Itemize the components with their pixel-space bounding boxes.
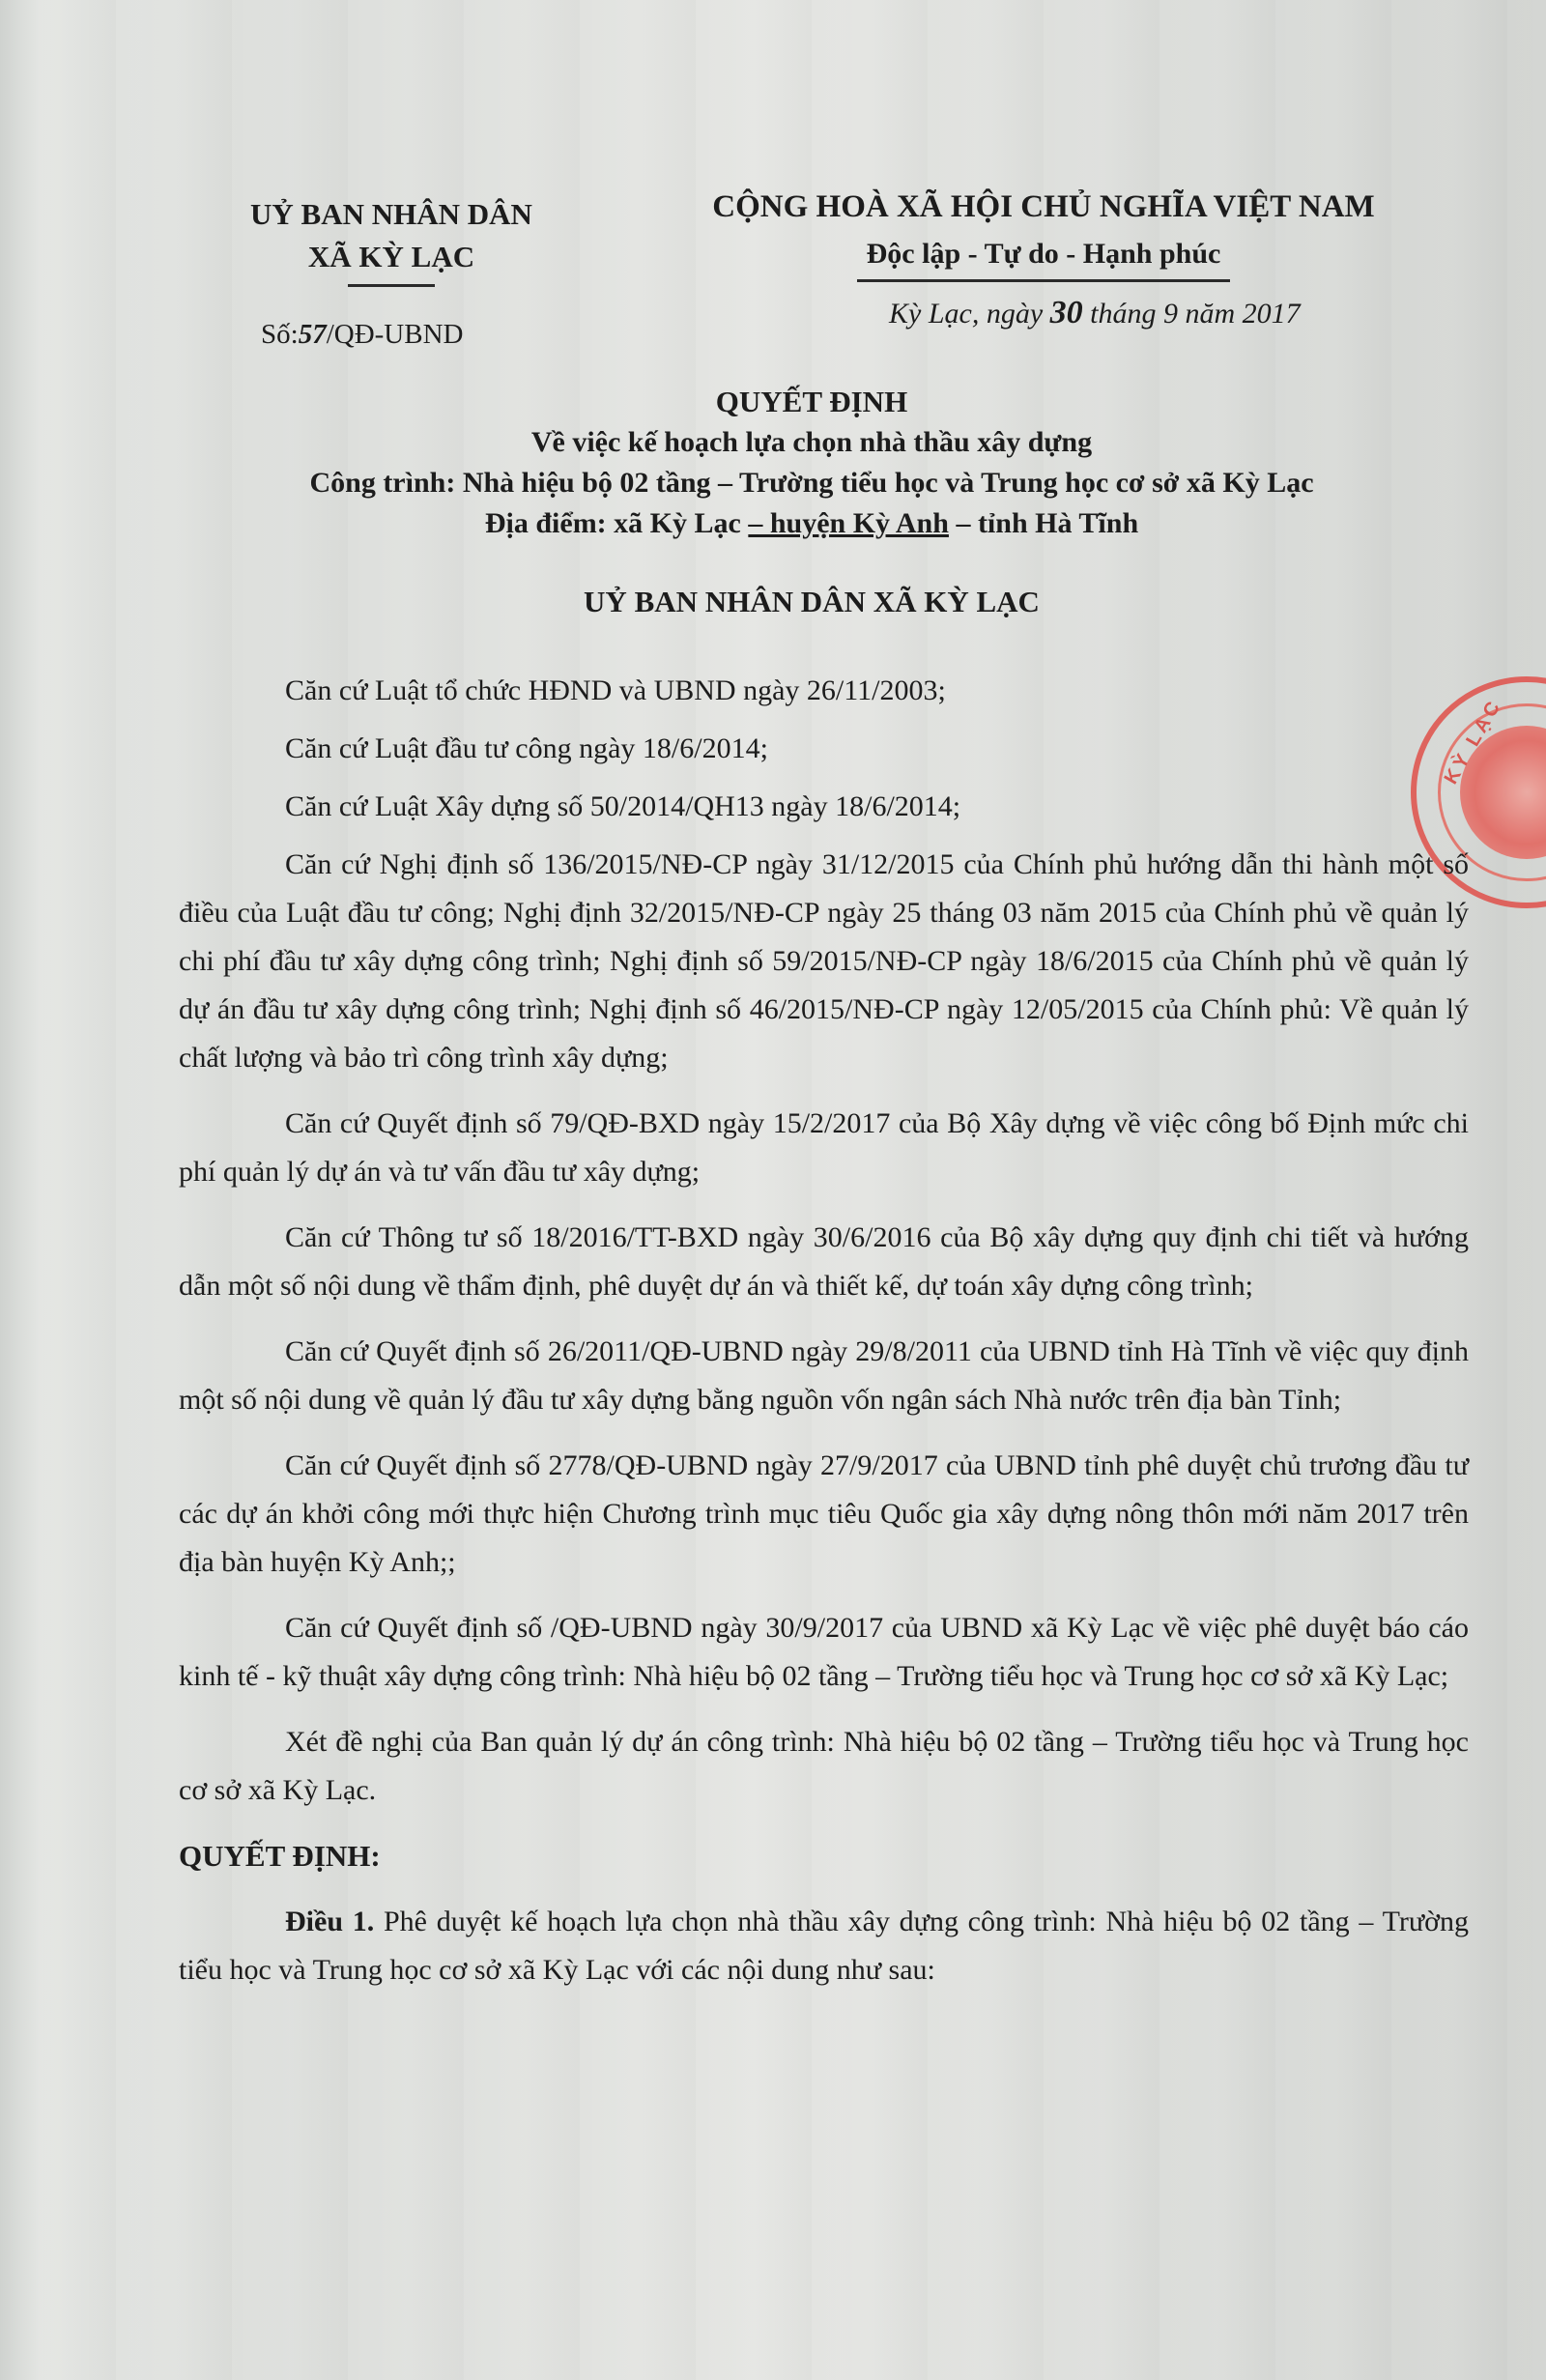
- legal-basis-5: Căn cứ Quyết định số 79/QĐ-BXD ngày 15/2…: [179, 1100, 1469, 1196]
- legal-basis-3: Căn cứ Luật Xây dựng số 50/2014/QH13 ngà…: [179, 783, 1469, 831]
- document-title-block: QUYẾT ĐỊNH Về việc kế hoạch lựa chọn nhà…: [174, 382, 1449, 544]
- decision-heading: QUYẾT ĐỊNH:: [179, 1832, 1469, 1880]
- document-body: Căn cứ Luật tổ chức HĐND và UBND ngày 26…: [179, 667, 1469, 2012]
- org-line-1: UỶ BAN NHÂN DÂN: [208, 193, 575, 236]
- date-day: 30: [1050, 295, 1083, 330]
- document-page: UỶ BAN NHÂN DÂN XÃ KỲ LẠC CỘNG HOÀ XÃ HỘ…: [0, 0, 1546, 2380]
- issuing-organization: UỶ BAN NHÂN DÂN XÃ KỲ LẠC: [208, 193, 575, 287]
- nation-name: CỘNG HOÀ XÃ HỘI CHỦ NGHĨA VIỆT NAM: [628, 184, 1459, 230]
- legal-basis-9: Căn cứ Quyết định số /QĐ-UBND ngày 30/9/…: [179, 1604, 1469, 1701]
- national-motto: Độc lập - Tự do - Hạnh phúc: [857, 231, 1231, 282]
- national-header: CỘNG HOÀ XÃ HỘI CHỦ NGHĨA VIỆT NAM Độc l…: [628, 184, 1459, 282]
- document-subject: Về việc kế hoạch lựa chọn nhà thầu xây d…: [174, 422, 1449, 463]
- org-underline: [348, 284, 435, 287]
- article-1-label: Điều 1.: [285, 1906, 374, 1937]
- legal-basis-2: Căn cứ Luật đầu tư công ngày 18/6/2014;: [179, 725, 1469, 773]
- proposal-paragraph: Xét đề nghị của Ban quản lý dự án công t…: [179, 1718, 1469, 1815]
- document-title: QUYẾT ĐỊNH: [174, 382, 1449, 422]
- legal-basis-8: Căn cứ Quyết định số 2778/QĐ-UBND ngày 2…: [179, 1442, 1469, 1587]
- article-1: Điều 1. Phê duyệt kế hoạch lựa chọn nhà …: [179, 1898, 1469, 1994]
- project-location: Địa điểm: xã Kỳ Lạc – huyện Kỳ Anh – tỉn…: [174, 503, 1449, 544]
- legal-basis-6: Căn cứ Thông tư số 18/2016/TT-BXD ngày 3…: [179, 1214, 1469, 1310]
- legal-basis-1: Căn cứ Luật tổ chức HĐND và UBND ngày 26…: [179, 667, 1469, 715]
- date-line: Kỳ Lạc, ngày 30 tháng 9 năm 2017: [889, 295, 1301, 331]
- issuer-heading: UỶ BAN NHÂN DÂN XÃ KỲ LẠC: [174, 585, 1449, 619]
- org-line-2: XÃ KỲ LẠC: [208, 236, 575, 278]
- project-name: Công trình: Nhà hiệu bộ 02 tầng – Trường…: [174, 463, 1449, 503]
- legal-basis-4: Căn cứ Nghị định số 136/2015/NĐ-CP ngày …: [179, 841, 1469, 1082]
- legal-basis-7: Căn cứ Quyết định số 26/2011/QĐ-UBND ngà…: [179, 1328, 1469, 1424]
- document-number: Số:57/QĐ-UBND: [261, 319, 463, 351]
- document-number-value: 57: [299, 319, 327, 350]
